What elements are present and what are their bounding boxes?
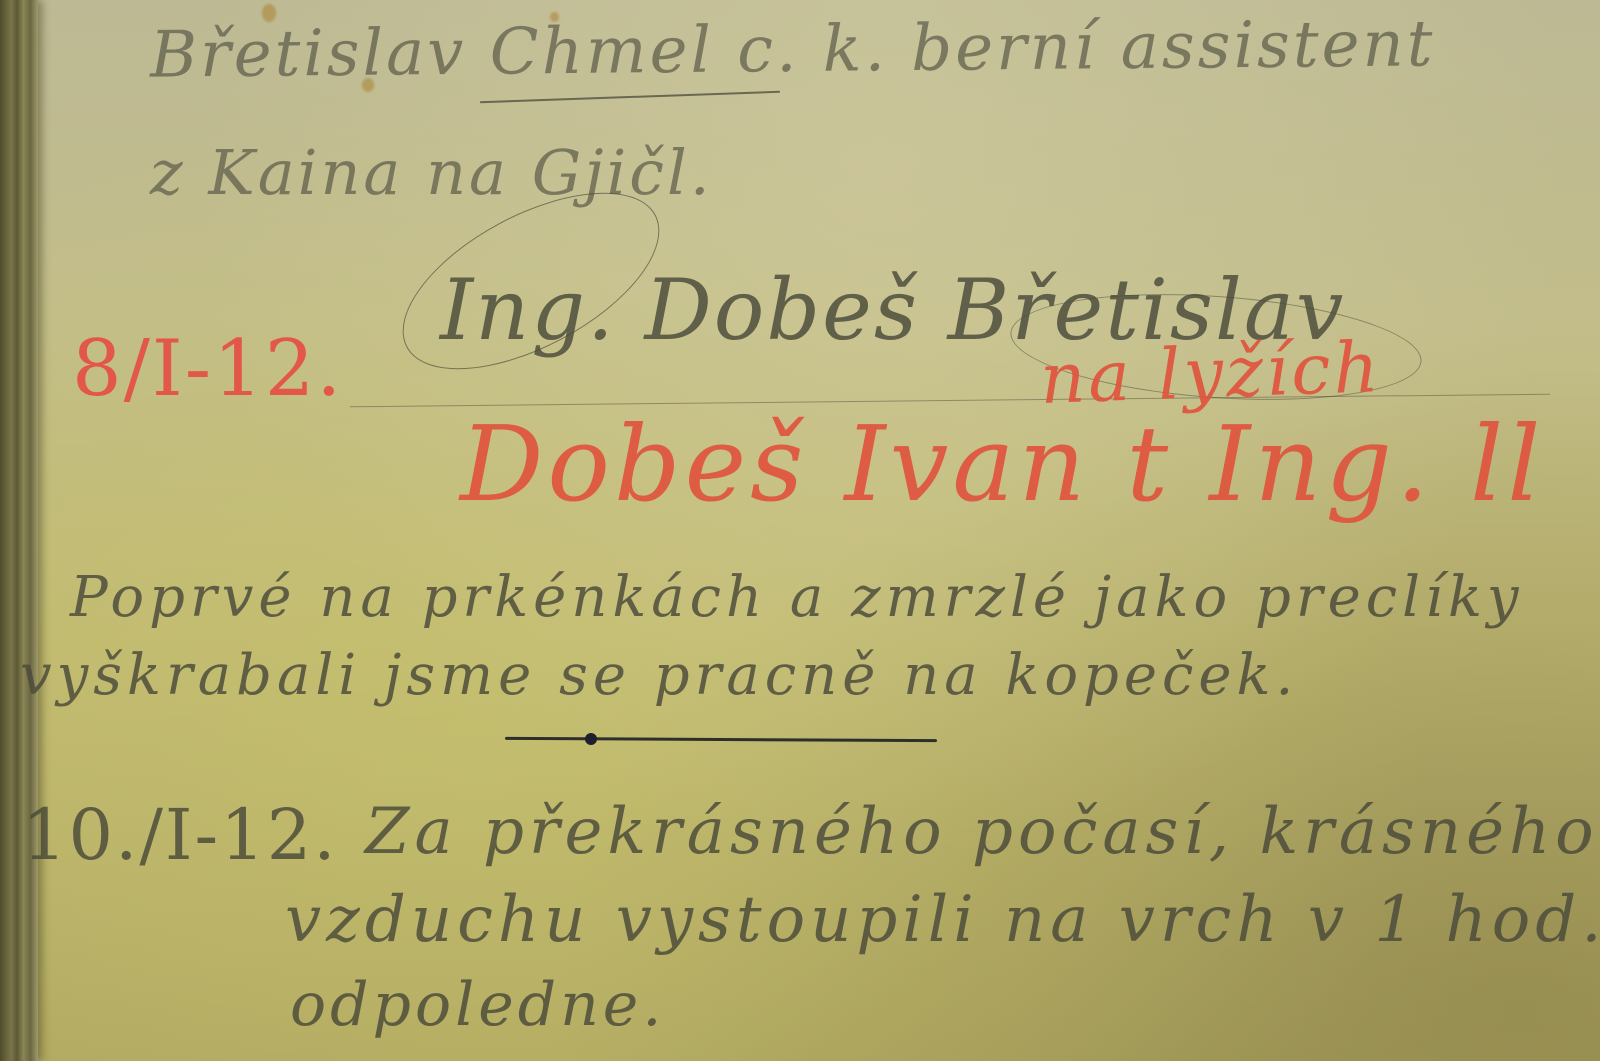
entry-date: 8/I-12. <box>72 330 343 408</box>
entry-body-line-2: vzduchu vystoupili na vrch v 1 hod. <box>285 888 1600 952</box>
carryover-line-1: Břetislav Chmel c. k. berní assistent <box>150 12 1436 87</box>
logbook-page: Břetislav Chmel c. k. berní assistent z … <box>0 0 1600 1061</box>
entry-body-line-3: odpoledne. <box>290 975 665 1035</box>
entry-body-line-2: vyškrabali jsme se pracně na kopeček. <box>20 648 1298 704</box>
separator-dot <box>585 733 597 745</box>
entry-body-line-1: Poprvé na prkénkách a zmrzlé jako preclí… <box>70 570 1524 626</box>
entry-date: 10./I-12. <box>22 800 338 870</box>
entry-separator <box>505 737 937 742</box>
red-annotation-ski: na lyžích <box>1039 332 1383 414</box>
entry-body-line-1: Za překrásného počasí, krásného <box>365 800 1599 864</box>
name-underline <box>480 91 780 103</box>
book-binding <box>0 0 38 1061</box>
red-annotation-name: Dobeš Ivan t Ing. ll <box>460 412 1545 516</box>
